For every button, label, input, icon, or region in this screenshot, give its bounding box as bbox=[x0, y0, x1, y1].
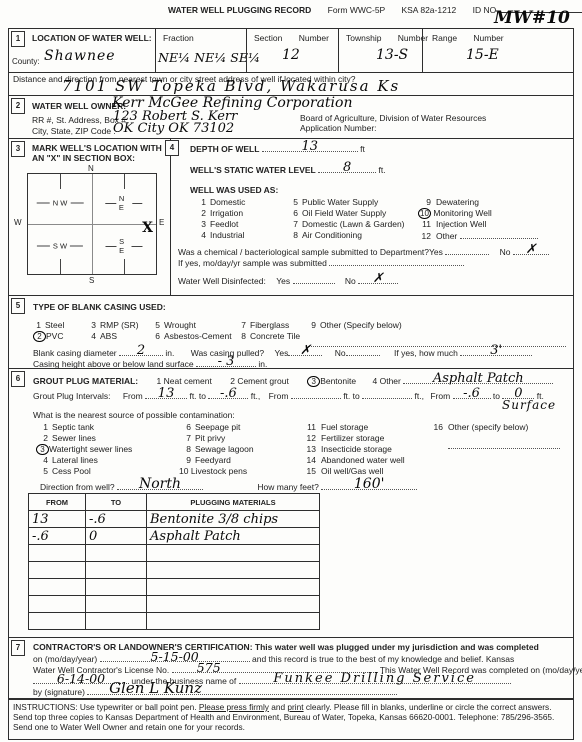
cell-material bbox=[147, 579, 320, 596]
mark-location-label-1: MARK WELL'S LOCATION WITH bbox=[32, 143, 162, 153]
cont-option-6: 6Seepage pit bbox=[183, 422, 240, 432]
disinfected-no-mark: ✗ bbox=[373, 272, 384, 285]
section-value: 12 bbox=[282, 47, 300, 63]
grout-intervals-line: Grout Plug Intervals: From 13 ft. to -.6… bbox=[33, 390, 544, 401]
casing-height-fill: - 3 bbox=[196, 358, 256, 367]
option-number: 6 bbox=[183, 422, 191, 432]
cont-other-dotline bbox=[448, 440, 560, 449]
option-number: 1 bbox=[33, 320, 41, 330]
feet-value: 160' bbox=[354, 477, 385, 491]
used-as-option-12: 12Other bbox=[418, 230, 538, 241]
cert-signature-label: by (signature) bbox=[33, 687, 85, 697]
section-divider-line bbox=[8, 637, 574, 638]
dash bbox=[70, 203, 83, 204]
diameter-unit: in. bbox=[165, 348, 174, 358]
option-label: Watertight sewer lines bbox=[49, 444, 132, 454]
sample-date-line: If yes, mo/day/yr sample was submitted bbox=[178, 257, 464, 268]
used-as-option-3: 3Feedlot bbox=[198, 219, 238, 229]
cell-to bbox=[86, 613, 147, 630]
option-label: Sewer lines bbox=[52, 433, 96, 443]
quadrant-sw-label: S W bbox=[53, 242, 67, 251]
sample-question-line: Was a chemical / bacteriological sample … bbox=[178, 246, 549, 257]
option-label: Seepage pit bbox=[195, 422, 240, 432]
option-label: Air Conditioning bbox=[302, 230, 362, 240]
instructions-seg-2: and bbox=[271, 702, 285, 712]
cell-material: Asphalt Patch bbox=[147, 528, 320, 545]
diameter-fill: 2 bbox=[119, 347, 163, 356]
interval3-from-fill: -.6 bbox=[453, 390, 491, 399]
option-label: Oil Field Water Supply bbox=[302, 208, 386, 218]
option-label: Fuel storage bbox=[321, 422, 368, 432]
cert-text-2: and this record is true to the best of m… bbox=[252, 654, 514, 664]
quadrant-ne: N E bbox=[105, 194, 142, 212]
pulled-no-label: No bbox=[335, 348, 346, 358]
col-header-to: TO bbox=[86, 494, 147, 511]
cell-to bbox=[86, 562, 147, 579]
dash bbox=[37, 203, 50, 204]
option-label: ABS bbox=[100, 331, 117, 341]
from-label: From bbox=[123, 391, 143, 401]
township-value: 13-S bbox=[376, 47, 408, 63]
grout-option-4: 4 Other bbox=[372, 376, 400, 386]
cont-option-16: 16Other (specify below) bbox=[430, 422, 528, 432]
township-col-label: Township Number bbox=[346, 33, 428, 43]
casing-label: TYPE OF BLANK CASING USED: bbox=[33, 302, 166, 312]
cont-option-12: 12Fertilizer storage bbox=[303, 433, 384, 443]
casing-option-6: 6Asbestos-Cement bbox=[152, 331, 232, 341]
ft-unit: ft., bbox=[251, 391, 260, 401]
to-label: to bbox=[199, 391, 206, 401]
cell-from bbox=[29, 562, 86, 579]
section-location-box: N W N E S W S E X bbox=[27, 173, 157, 275]
pulled-yes-mark: ✗ bbox=[300, 344, 311, 357]
plugging-table-header-row: FROM TO PLUGGING MATERIALS bbox=[29, 494, 320, 511]
cert-signature-fill: Glen L Kunz bbox=[87, 686, 397, 695]
casing-option-3: 3RMP (SR) bbox=[88, 320, 139, 330]
disinfected-yes-dotline bbox=[293, 275, 335, 284]
intervals-label: Grout Plug Intervals: bbox=[33, 391, 110, 401]
sample-yes-label: Yes bbox=[429, 247, 443, 257]
option-number: 4 bbox=[198, 230, 206, 240]
cert-line-5: by (signature) Glen L Kunz bbox=[33, 686, 397, 697]
depth-label: DEPTH OF WELL bbox=[190, 144, 259, 154]
section-5-number: 5 bbox=[11, 298, 25, 314]
quadrant-sw: S W bbox=[37, 242, 83, 251]
interval3-from: -.6 bbox=[463, 387, 480, 400]
option-label: RMP (SR) bbox=[100, 320, 139, 330]
grout-other-value: Asphalt Patch bbox=[433, 372, 524, 385]
dash bbox=[70, 246, 83, 247]
board-label: Board of Agriculture, Division of Water … bbox=[300, 113, 486, 123]
option-label: Cess Pool bbox=[52, 466, 91, 476]
how-much-label: If yes, how much bbox=[394, 348, 458, 358]
instructions-underline-1: Please press firmly bbox=[199, 702, 269, 712]
option-label: Fertilizer storage bbox=[321, 433, 384, 443]
static-water-fill: 8 bbox=[318, 164, 376, 173]
option-label: PVC bbox=[46, 331, 63, 341]
option-number: 4 bbox=[372, 376, 377, 386]
option-label: Feedyard bbox=[195, 455, 231, 465]
quadrant-nw-label: N W bbox=[53, 199, 68, 208]
option-number: 8 bbox=[183, 444, 191, 454]
cell-material bbox=[147, 596, 320, 613]
option-label: Monitoring Well bbox=[433, 208, 491, 218]
option-number: 3 bbox=[198, 219, 206, 229]
option-number: 5 bbox=[152, 320, 160, 330]
range-col-label: Range Number bbox=[432, 33, 504, 43]
quadrant-se: S E bbox=[105, 237, 142, 255]
cont-option-3-selected: 3Watertight sewer lines bbox=[36, 444, 132, 455]
interval1-to: -.6 bbox=[220, 387, 237, 400]
cont-option-13: 13Insecticide storage bbox=[303, 444, 392, 454]
dash bbox=[105, 203, 116, 204]
cert-title: CONTRACTOR'S OR LANDOWNER'S CERTIFICATIO… bbox=[33, 642, 253, 652]
static-water-label: WELL'S STATIC WATER LEVEL bbox=[190, 165, 316, 175]
sample-yes-dotline bbox=[445, 246, 489, 255]
option-label: Industrial bbox=[210, 230, 245, 240]
depth-of-well-line: DEPTH OF WELL 13 ft bbox=[190, 143, 365, 154]
well-location-x-mark: X bbox=[142, 220, 153, 236]
cell-to bbox=[86, 596, 147, 613]
option-label: Steel bbox=[45, 320, 64, 330]
section-divider-line bbox=[8, 138, 574, 139]
interval2-from-dotline bbox=[291, 390, 341, 399]
casing-option-2-selected: 2PVC bbox=[33, 331, 63, 342]
table-row bbox=[29, 579, 320, 596]
grout-other-fill: Asphalt Patch bbox=[403, 375, 553, 384]
option-label: Livestock pens bbox=[191, 466, 247, 476]
disinfected-label: Water Well Disinfected: bbox=[178, 276, 266, 286]
option-label: Abandoned water well bbox=[321, 455, 405, 465]
ft-unit: ft. bbox=[343, 391, 350, 401]
option-number: 7 bbox=[238, 320, 246, 330]
county-value: Shawnee bbox=[44, 48, 116, 64]
feet-fill: 160' bbox=[321, 481, 417, 490]
cont-other-dotline-wrap bbox=[448, 436, 560, 454]
option-number: 9 bbox=[308, 320, 316, 330]
county-label: County: bbox=[12, 57, 40, 66]
section-6-number: 6 bbox=[11, 371, 25, 387]
option-label: Irrigation bbox=[210, 208, 243, 218]
option-number: 6 bbox=[152, 331, 160, 341]
city-value: OK City OK 73102 bbox=[113, 121, 234, 136]
instructions-text: INSTRUCTIONS: Use typewriter or ball poi… bbox=[9, 700, 573, 734]
compass-e: E bbox=[159, 218, 164, 227]
interval1-from-fill: 13 bbox=[145, 390, 187, 399]
section-divider-line bbox=[8, 72, 574, 73]
table-row: 13-.6Bentonite 3/8 chips bbox=[29, 511, 320, 528]
option-label: Wrought bbox=[164, 320, 196, 330]
option-number: 12 bbox=[303, 433, 316, 443]
depth-unit: ft bbox=[360, 144, 365, 154]
sample-no-label: No bbox=[500, 247, 511, 257]
feet-label: How many feet? bbox=[257, 482, 318, 492]
grout-option-1: 1 Neat cement bbox=[157, 376, 212, 386]
compass-w: W bbox=[14, 218, 22, 227]
option-number: 7 bbox=[183, 433, 191, 443]
option-label: Other (Specify below) bbox=[320, 320, 402, 330]
option-number: 15 bbox=[303, 466, 316, 476]
section-1-number: 1 bbox=[11, 31, 25, 47]
cert-date1-fill: 5-15-00 bbox=[100, 653, 250, 662]
option-number: 2 bbox=[230, 376, 235, 386]
option-label: Cement grout bbox=[237, 376, 289, 386]
cell-material: Bentonite 3/8 chips bbox=[147, 511, 320, 528]
option-label: Insecticide storage bbox=[321, 444, 392, 454]
option-label: Domestic bbox=[210, 197, 245, 207]
option-number: 7 bbox=[290, 219, 298, 229]
used-as-option-10-selected: 10 Monitoring Well bbox=[418, 208, 492, 219]
pulled-no-dotline bbox=[346, 347, 380, 356]
casing-option-5: 5Wrought bbox=[152, 320, 196, 330]
table-row bbox=[29, 545, 320, 562]
cert-business-fill: Funkee Drilling Service bbox=[239, 675, 511, 684]
table-row: -.60Asphalt Patch bbox=[29, 528, 320, 545]
used-as-option-6: 6Oil Field Water Supply bbox=[290, 208, 386, 218]
casing-option-7: 7Fiberglass bbox=[238, 320, 289, 330]
option-number: 9 bbox=[418, 197, 431, 207]
section-4-number: 4 bbox=[165, 140, 179, 156]
option-number: 9 bbox=[183, 455, 191, 465]
dash bbox=[132, 203, 143, 204]
option-label: Injection Well bbox=[436, 219, 486, 229]
casing-option-9: 9Other (Specify below) bbox=[308, 320, 402, 330]
instructions-label: INSTRUCTIONS: bbox=[13, 702, 78, 712]
table-row bbox=[29, 596, 320, 613]
option-label: Feedlot bbox=[210, 219, 238, 229]
section-3-4-divider bbox=[170, 138, 171, 295]
circled-option-number: 3 bbox=[307, 376, 320, 387]
sample-question: Was a chemical / bacteriological sample … bbox=[178, 247, 429, 257]
form-title: WATER WELL PLUGGING RECORD bbox=[168, 5, 311, 15]
dash bbox=[132, 246, 143, 247]
fraction-value: NE¼ NE¼ SE¼ bbox=[158, 50, 260, 65]
sample-no-fill: ✗ bbox=[513, 246, 549, 255]
used-as-option-2: 2Irrigation bbox=[198, 208, 243, 218]
cont-option-15: 15Oil well/Gas well bbox=[303, 466, 383, 476]
option-number: 11 bbox=[303, 422, 316, 432]
other-dotline bbox=[460, 230, 538, 239]
cont-option-14: 14Abandoned water well bbox=[303, 455, 405, 465]
column-divider bbox=[246, 28, 247, 72]
cell-to: -.6 bbox=[86, 511, 147, 528]
cert-signature: Glen L Kunz bbox=[109, 681, 202, 696]
distance-value: 7101 SW Topeka Blvd, Wakarusa Ks bbox=[62, 77, 400, 95]
column-divider bbox=[155, 28, 156, 72]
static-water-value: 8 bbox=[343, 161, 351, 174]
disinfected-no-label: No bbox=[345, 276, 356, 286]
from-label: From bbox=[269, 391, 289, 401]
circled-option-number: 2 bbox=[33, 331, 46, 342]
used-as-option-4: 4Industrial bbox=[198, 230, 245, 240]
column-divider bbox=[338, 28, 339, 72]
section-divider-line bbox=[8, 295, 574, 296]
section-box-tick bbox=[124, 259, 125, 274]
to-label: to bbox=[353, 391, 360, 401]
quadrant-ne-label: N E bbox=[119, 194, 129, 212]
ft-unit: ft. bbox=[189, 391, 196, 401]
disinfected-no-fill: ✗ bbox=[358, 275, 398, 284]
interval1-to-fill: -.6 bbox=[208, 390, 248, 399]
option-label: Sewage lagoon bbox=[195, 444, 254, 454]
range-value: 15-E bbox=[466, 47, 499, 63]
casing-diameter-line: Blank casing diameter 2 in. Was casing p… bbox=[33, 347, 532, 358]
cont-option-9: 9Feedyard bbox=[183, 455, 231, 465]
sample-no-mark: ✗ bbox=[525, 243, 536, 256]
instructions-seg-1: Use typewriter or ball point pen. bbox=[80, 702, 197, 712]
cell-from bbox=[29, 613, 86, 630]
casing-option-8: 8Concrete Tile bbox=[238, 331, 300, 341]
pulled-yes-label: Yes bbox=[275, 348, 289, 358]
option-number: 5 bbox=[290, 197, 298, 207]
diameter-value: 2 bbox=[137, 344, 145, 357]
cont-option-7: 7Pit privy bbox=[183, 433, 225, 443]
dash bbox=[105, 246, 116, 247]
used-as-option-9: 9Dewatering bbox=[418, 197, 479, 207]
compass-n: N bbox=[88, 164, 94, 173]
casing-height-value: - 3 bbox=[218, 355, 235, 368]
section-2-number: 2 bbox=[11, 98, 25, 114]
cont-option-10: 10 Livestock pens bbox=[179, 466, 247, 476]
pulled-yes-fill: ✗ bbox=[288, 347, 322, 356]
plugging-table-wrap: FROM TO PLUGGING MATERIALS 13-.6Bentonit… bbox=[28, 493, 320, 630]
cont-option-11: 11Fuel storage bbox=[303, 422, 368, 432]
option-number: 8 bbox=[238, 331, 246, 341]
option-number: 13 bbox=[303, 444, 316, 454]
option-label: Asbestos-Cement bbox=[164, 331, 232, 341]
id-no-value: MW#10 bbox=[494, 8, 570, 28]
cont-option-5: 5Cess Pool bbox=[40, 466, 91, 476]
location-label: LOCATION OF WATER WELL: bbox=[32, 33, 152, 43]
option-label: Pit privy bbox=[195, 433, 225, 443]
cont-option-4: 4Lateral lines bbox=[40, 455, 98, 465]
quadrant-nw: N W bbox=[37, 199, 84, 208]
option-number: 1 bbox=[157, 376, 162, 386]
instructions-underline-2: print bbox=[287, 702, 303, 712]
circled-option-number: 3 bbox=[36, 444, 49, 455]
option-number: 2 bbox=[40, 433, 48, 443]
form-number: Form WWC-5P bbox=[328, 5, 385, 15]
ft-unit: ft., bbox=[415, 391, 424, 401]
contamination-label: What is the nearest source of possible c… bbox=[33, 410, 235, 420]
application-number-label: Application Number: bbox=[300, 123, 377, 133]
cell-from bbox=[29, 579, 86, 596]
cell-material bbox=[147, 562, 320, 579]
cert-line-2: on (mo/day/year) 5-15-00 and this record… bbox=[33, 653, 514, 664]
cell-to: 0 bbox=[86, 528, 147, 545]
option-number: 10 bbox=[179, 466, 188, 476]
casing-option-4: 4ABS bbox=[88, 331, 117, 341]
scanned-form-page: WATER WELL PLUGGING RECORD Form WWC-5P K… bbox=[0, 0, 582, 742]
option-number: 5 bbox=[40, 466, 48, 476]
col-header-from: FROM bbox=[29, 494, 86, 511]
section-3-number: 3 bbox=[11, 141, 25, 157]
plugging-table: FROM TO PLUGGING MATERIALS 13-.6Bentonit… bbox=[28, 493, 320, 630]
static-water-line: WELL'S STATIC WATER LEVEL 8 ft. bbox=[190, 164, 386, 175]
option-number: 8 bbox=[290, 230, 298, 240]
direction-fill: North bbox=[117, 481, 203, 490]
option-label: Lateral lines bbox=[52, 455, 98, 465]
depth-value: 13 bbox=[302, 140, 319, 153]
cont-option-1: 1Septic tank bbox=[40, 422, 94, 432]
how-much-value: 3' bbox=[490, 344, 502, 357]
option-label: Fiberglass bbox=[250, 320, 289, 330]
option-label: Domestic (Lawn & Garden) bbox=[302, 219, 405, 229]
from-label: From bbox=[430, 391, 450, 401]
how-much-fill: 3' bbox=[460, 347, 532, 356]
option-number: 1 bbox=[198, 197, 206, 207]
diameter-label: Blank casing diameter bbox=[33, 348, 117, 358]
section-divider-line bbox=[8, 368, 574, 369]
option-number: 2 bbox=[198, 208, 206, 218]
cell-to bbox=[86, 545, 147, 562]
surface-note: Surface bbox=[502, 398, 556, 412]
section-box-tick bbox=[60, 174, 61, 189]
cell-from bbox=[29, 545, 86, 562]
cell-from bbox=[29, 596, 86, 613]
section-col-label: Section Number bbox=[254, 33, 329, 43]
cell-from: -.6 bbox=[29, 528, 86, 545]
option-number: 11 bbox=[418, 219, 431, 229]
quadrant-se-label: S E bbox=[119, 237, 129, 255]
option-label: Dewatering bbox=[436, 197, 479, 207]
mark-location-label-2: AN "X" IN SECTION BOX: bbox=[32, 153, 135, 163]
interval2-to-dotline bbox=[362, 390, 412, 399]
section-7-number: 7 bbox=[11, 640, 25, 656]
option-number: 4 bbox=[88, 331, 96, 341]
sample-date-dotline bbox=[329, 257, 464, 266]
grout-option-2: 2 Cement grout bbox=[230, 376, 289, 386]
cert-license: 575 bbox=[197, 662, 221, 675]
cont-option-2: 2Sewer lines bbox=[40, 433, 96, 443]
option-label: Other bbox=[380, 376, 401, 386]
cert-date2: 6-14-00 bbox=[57, 673, 105, 686]
grout-option-3-selected: 3Bentonite bbox=[307, 376, 356, 386]
interval1-from: 13 bbox=[158, 387, 175, 400]
city-label: City, State, ZIP Code : bbox=[32, 126, 116, 136]
cert-on-label: on (mo/day/year) bbox=[33, 654, 97, 664]
option-label: Other (specify below) bbox=[448, 422, 528, 432]
cont-option-8: 8Sewage lagoon bbox=[183, 444, 254, 454]
table-row bbox=[29, 613, 320, 630]
option-label: Oil well/Gas well bbox=[321, 466, 383, 476]
sample-if-label: If yes, mo/day/yr sample was submitted bbox=[178, 258, 327, 268]
section-box-tick bbox=[60, 259, 61, 274]
casing-option-1: 1Steel bbox=[33, 320, 64, 330]
option-label: Other bbox=[436, 231, 457, 241]
circled-option-number: 10 bbox=[418, 208, 431, 219]
cert-line-1: CONTRACTOR'S OR LANDOWNER'S CERTIFICATIO… bbox=[33, 642, 539, 652]
static-water-unit: ft. bbox=[379, 165, 386, 175]
option-number: 4 bbox=[40, 455, 48, 465]
option-number: 12 bbox=[418, 231, 431, 241]
depth-fill: 13 bbox=[262, 143, 358, 152]
cell-from: 13 bbox=[29, 511, 86, 528]
option-number: 14 bbox=[303, 455, 316, 465]
cell-material bbox=[147, 613, 320, 630]
option-label: Bentonite bbox=[320, 376, 356, 386]
col-header-materials: PLUGGING MATERIALS bbox=[147, 494, 320, 511]
option-number: 6 bbox=[290, 208, 298, 218]
option-label: Public Water Supply bbox=[302, 197, 378, 207]
section-box-center-hline bbox=[28, 224, 156, 225]
used-as-option-11: 11Injection Well bbox=[418, 219, 486, 229]
used-as-option-7: 7Domestic (Lawn & Garden) bbox=[290, 219, 405, 229]
option-number: 1 bbox=[40, 422, 48, 432]
option-number: 3 bbox=[88, 320, 96, 330]
disinfected-yes-label: Yes bbox=[276, 276, 290, 286]
section-box-tick bbox=[124, 174, 125, 189]
